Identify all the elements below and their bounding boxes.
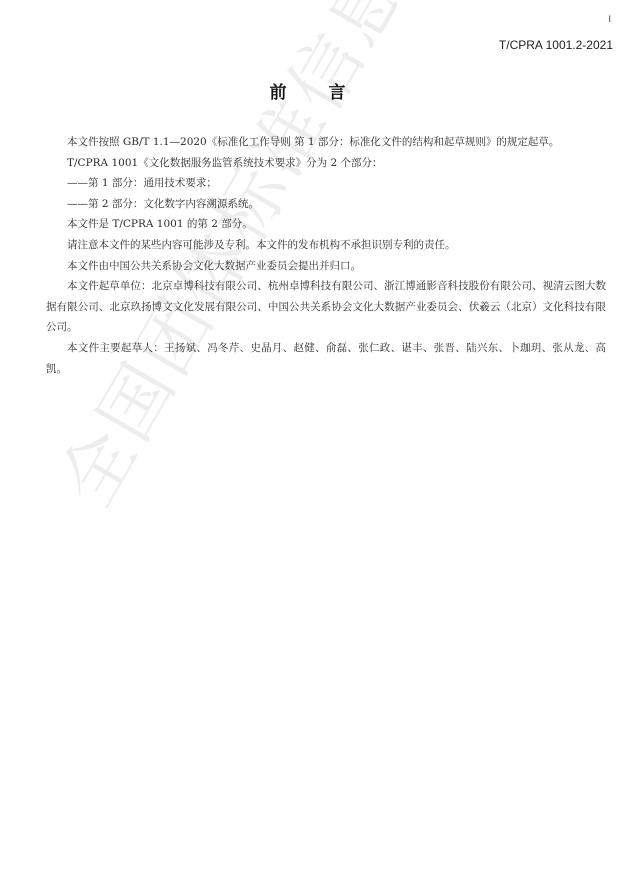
paragraph-part-1: ——第 1 部分：通用技术要求； (46, 173, 606, 194)
paragraph-part-2: ——第 2 部分：文化数字内容溯源系统。 (46, 194, 606, 215)
paragraph-patent-notice: 请注意本文件的某些内容可能涉及专利。本文件的发布机构不承担识别专利的责任。 (46, 235, 606, 256)
page-number: I (608, 14, 611, 24)
document-code: T/CPRA 1001.2-2021 (499, 38, 613, 52)
paragraph-drafting-units: 本文件起草单位：北京卓博科技有限公司、杭州卓博科技有限公司、浙江博通影音科技股份… (46, 276, 606, 338)
foreword-body: 本文件按照 GB/T 1.1—2020《标准化工作导则 第 1 部分：标准化文件… (46, 132, 606, 379)
paragraph-series-structure: T/CPRA 1001《文化数据服务监管系统技术要求》分为 2 个部分： (46, 153, 606, 174)
page-title: 前 言 (0, 78, 633, 103)
paragraph-proposer: 本文件由中国公共关系协会文化大数据产业委员会提出并归口。 (46, 256, 606, 277)
paragraph-this-part: 本文件是 T/CPRA 1001 的第 2 部分。 (46, 214, 606, 235)
paragraph-drafting-rules: 本文件按照 GB/T 1.1—2020《标准化工作导则 第 1 部分：标准化文件… (46, 132, 606, 153)
paragraph-drafters: 本文件主要起草人：王扬斌、冯冬芹、史晶月、赵健、俞磊、张仁政、谌丰、张晋、陆兴东… (46, 338, 606, 379)
